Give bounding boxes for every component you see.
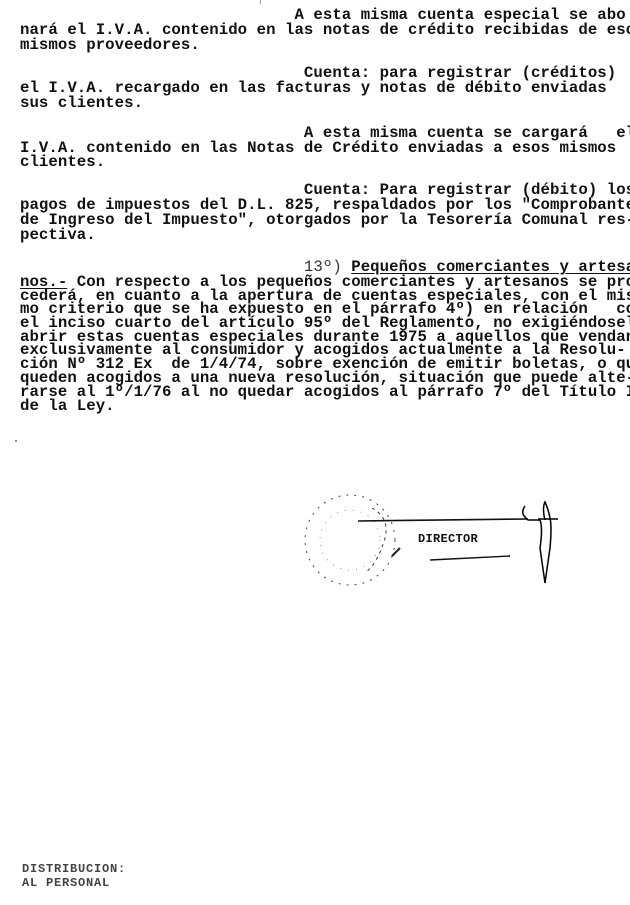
text-line: I.V.A. contenido en las Notas de Crédito… bbox=[20, 141, 616, 156]
official-seal-icon bbox=[305, 495, 400, 585]
document-page: A esta misma cuenta especial se abo nará… bbox=[0, 0, 630, 905]
text-line: de la Ley. bbox=[20, 399, 115, 414]
underline-stroke bbox=[430, 556, 510, 560]
text-line: de Ingreso del Impuesto", otorgados por … bbox=[20, 213, 630, 228]
scan-speck bbox=[15, 440, 17, 442]
scan-speck bbox=[260, 0, 261, 4]
distribution-recipient: AL PERSONAL bbox=[22, 876, 110, 890]
signature-icon bbox=[523, 502, 558, 583]
text-line: pectiva. bbox=[20, 228, 96, 243]
text-line: sus clientes. bbox=[20, 96, 143, 111]
text-line: clientes. bbox=[20, 155, 105, 170]
distribution-label: DISTRIBUCION: bbox=[22, 862, 126, 876]
signatory-title: DIRECTOR bbox=[418, 532, 478, 546]
text-line: mismos proveedores. bbox=[20, 38, 200, 53]
